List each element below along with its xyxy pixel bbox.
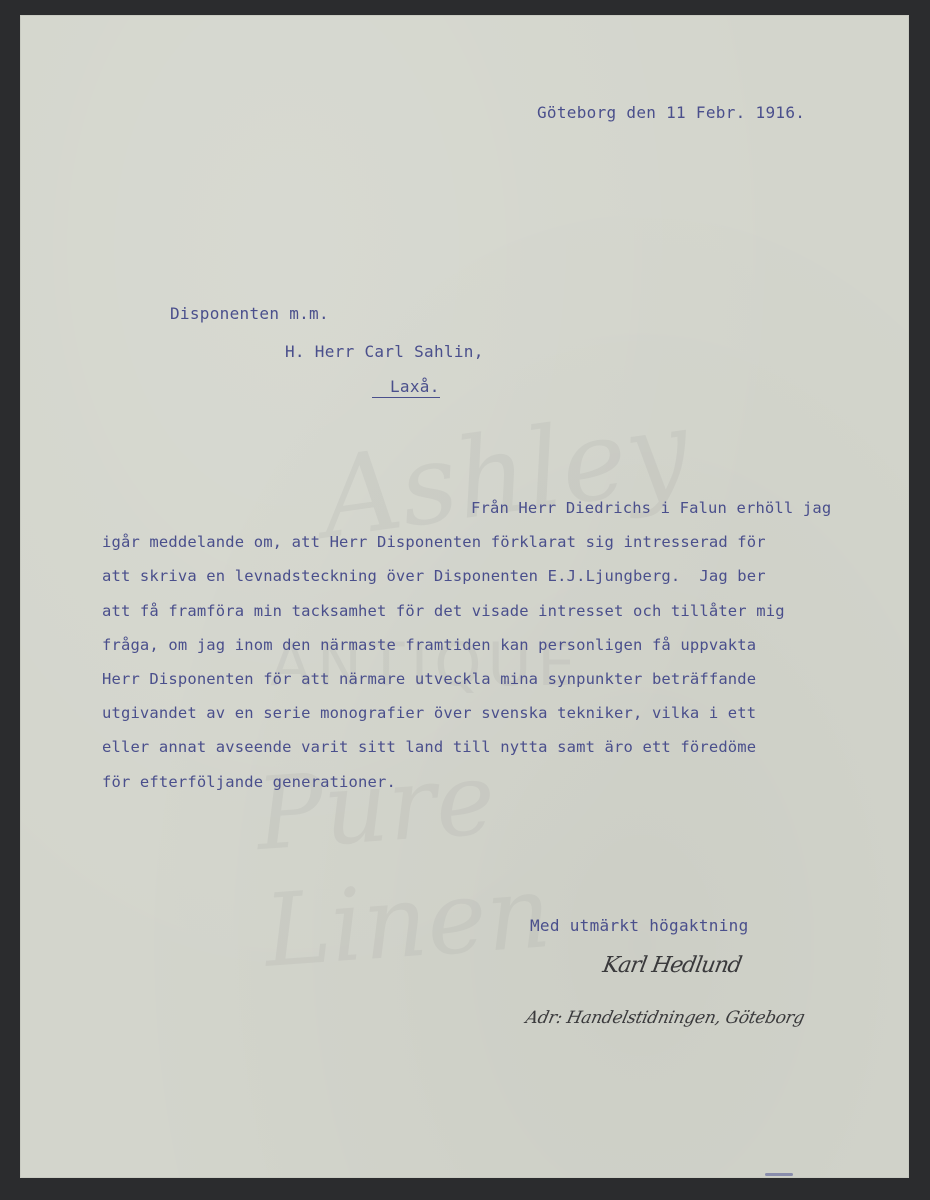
recipient-name: H. Herr Carl Sahlin, — [285, 344, 484, 360]
body-line: eller annat avseende varit sitt land til… — [102, 737, 882, 771]
body-line: fråga, om jag inom den närmaste framtide… — [102, 635, 882, 669]
date-line: Göteborg den 11 Febr. 1916. — [537, 105, 805, 121]
body-line: Från Herr Diedrichs i Falun erhöll jag — [102, 498, 882, 532]
letter-page: Ashley ANTIQUE Pure Linen Göteborg den 1… — [20, 15, 909, 1178]
body-line: att få framföra min tacksamhet för det v… — [102, 601, 882, 635]
body-line: utgivandet av en serie monografier över … — [102, 703, 882, 737]
recipient-title: Disponenten m.m. — [170, 306, 329, 322]
closing-salutation: Med utmärkt högaktning — [530, 918, 749, 934]
recipient-place: Laxå. — [372, 379, 440, 398]
handwritten-signature: Karl Hedlund — [601, 953, 743, 978]
body-line: Herr Disponenten för att närmare utveckl… — [102, 669, 882, 703]
body-line: igår meddelande om, att Herr Disponenten… — [102, 532, 882, 566]
handwritten-address: Adr: Handelstidningen, Göteborg — [524, 1008, 806, 1028]
body-line: för efterföljande generationer. — [102, 772, 882, 806]
body-line: att skriva en levnadsteckning över Dispo… — [102, 566, 882, 600]
ink-mark — [765, 1173, 793, 1176]
letter-body: Från Herr Diedrichs i Falun erhöll jag i… — [102, 498, 882, 806]
